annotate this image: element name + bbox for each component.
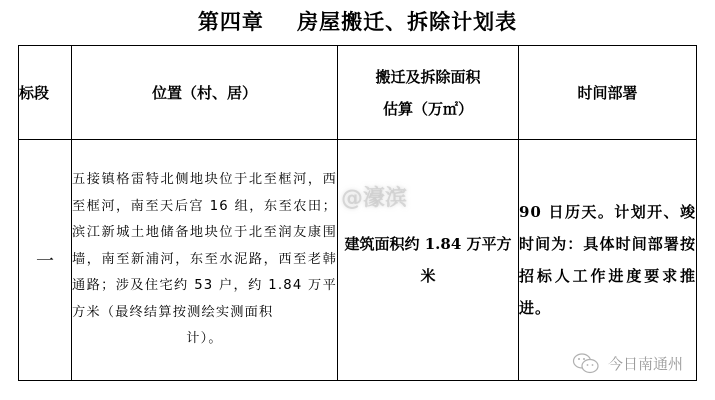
cell-location-tail: 计）。: [72, 326, 337, 353]
page-title: 第四章 房屋搬迁、拆除计划表: [0, 6, 715, 36]
cell-section: 一: [19, 140, 72, 381]
header-schedule: 时间部署: [519, 46, 697, 140]
wechat-icon: [572, 352, 600, 374]
header-area-line2: 估算（万㎡）: [383, 100, 473, 118]
watermark-text: @濠滨: [341, 181, 407, 212]
wechat-account-name: 今日南通州: [608, 353, 683, 374]
table-header-row: 标段 位置（村、居） 搬迁及拆除面积 估算（万㎡） 时间部署: [19, 46, 697, 140]
cell-location-text: 五接镇格雷特北侧地块位于北至框河，西至框河，南至天后宫 16 组，东至农田；滨江…: [72, 172, 337, 320]
cell-location: 五接镇格雷特北侧地块位于北至框河，西至框河，南至天后宫 16 组，东至农田；滨江…: [72, 140, 338, 381]
table-row: 一 五接镇格雷特北侧地块位于北至框河，西至框河，南至天后宫 16 组，东至农田；…: [19, 140, 697, 381]
cell-area: 建筑面积约 1.84 万平方米: [338, 140, 519, 381]
header-location: 位置（村、居）: [72, 46, 338, 140]
header-section: 标段: [19, 46, 72, 140]
relocation-plan-table: 标段 位置（村、居） 搬迁及拆除面积 估算（万㎡） 时间部署 一 五接镇格雷特北…: [18, 45, 697, 381]
wechat-watermark: 今日南通州: [572, 352, 683, 374]
header-area: 搬迁及拆除面积 估算（万㎡）: [338, 46, 519, 140]
cell-schedule: 90 日历天。计划开、竣时间为：具体时间部署按招标人工作进度要求推进。: [519, 140, 697, 381]
header-area-line1: 搬迁及拆除面积: [375, 68, 480, 86]
